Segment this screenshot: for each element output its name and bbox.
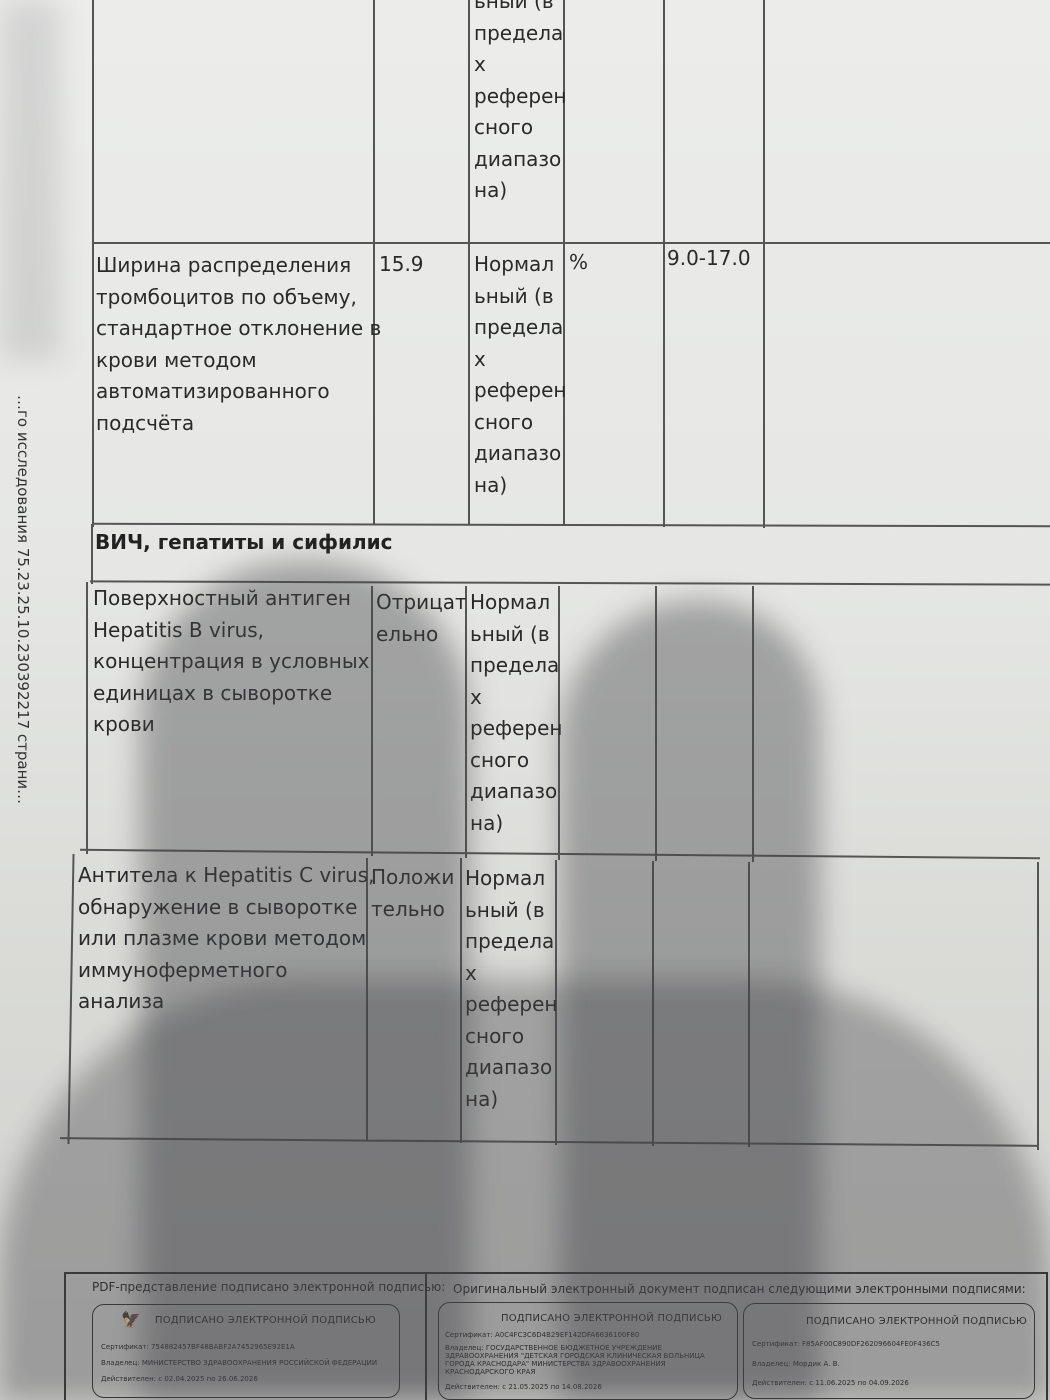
- result-value-cell: Положительно: [371, 862, 454, 925]
- document-page: …го исследования 75.23.25.10.230392217 с…: [0, 0, 1050, 1400]
- pdf-signature-heading: PDF-представление подписано электронной …: [92, 1280, 445, 1294]
- test-name-cell: Поверхностный антигенHepatitis B virus,к…: [93, 583, 369, 741]
- unit-cell: %: [569, 247, 588, 279]
- status-cell: Нормальный (впределахреференсногодиапазо…: [470, 587, 562, 839]
- test-name-cell: Ширина распределениятромбоцитов по объем…: [96, 250, 381, 439]
- result-value-cell: Отрицательно: [376, 587, 467, 650]
- result-value-cell: 15.9: [379, 249, 424, 281]
- section-title: ВИЧ, гепатиты и сифилис: [95, 530, 393, 554]
- coat-of-arms-icon: 🦅: [121, 1311, 139, 1329]
- signature-stamp: ПОДПИСАНО ЭЛЕКТРОННОЙ ПОДПИСЬЮ Сертифика…: [438, 1302, 738, 1400]
- status-cell: ьный (впределахреференсногодиапазона): [474, 0, 566, 207]
- photo-shadow: [0, 0, 60, 360]
- signature-stamp: ПОДПИСАНО ЭЛЕКТРОННОЙ ПОДПИСЬЮ Сертифика…: [743, 1303, 1035, 1399]
- test-name-cell: Антитела к Hepatitis C virus,обнаружение…: [78, 860, 374, 1018]
- status-cell: Нормальный (впределахреференсногодиапазо…: [465, 863, 557, 1115]
- signature-stamp: 🦅 ПОДПИСАНО ЭЛЕКТРОННОЙ ПОДПИСЬЮ Сертифи…: [92, 1304, 400, 1398]
- status-cell: Нормальный (впределахреференсногодиапазо…: [474, 249, 566, 501]
- side-document-id: …го исследования 75.23.25.10.230392217 с…: [14, 395, 32, 804]
- reference-range-cell: 9.0-17.0: [667, 243, 751, 275]
- original-signature-heading: Оригинальный электронный документ подпис…: [453, 1282, 1026, 1296]
